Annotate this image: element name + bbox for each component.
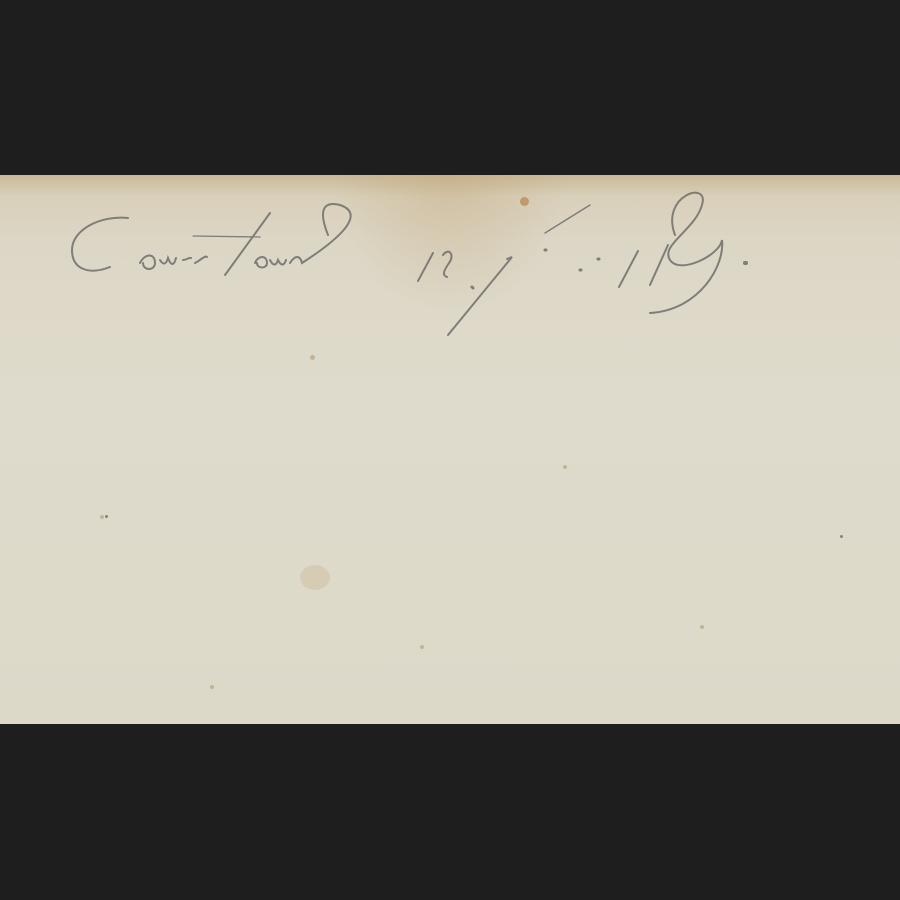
top-black-border — [0, 0, 900, 175]
pencil-inscription — [0, 175, 900, 724]
aged-paper: Courtaud 12. 7bre 1829. — [0, 175, 900, 724]
bottom-black-border — [0, 724, 900, 900]
